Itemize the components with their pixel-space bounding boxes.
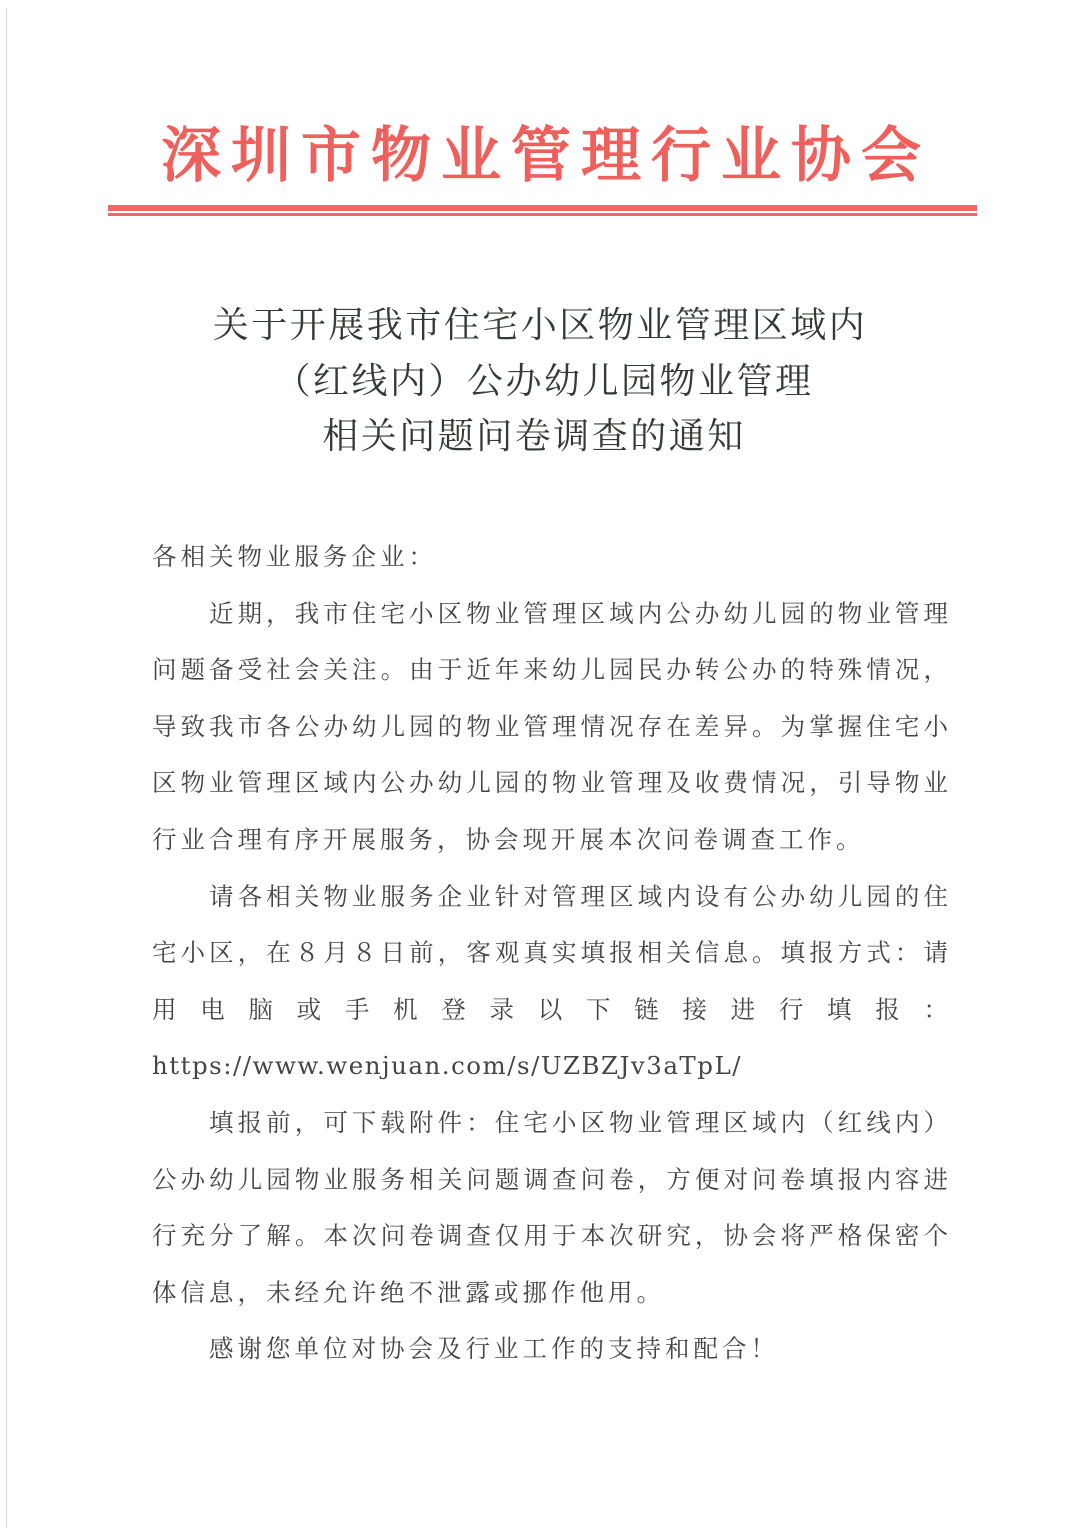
paragraph-attachment: 填报前，可下载附件：住宅小区物业管理区域内（红线内）公办幼儿园物业服务相关问题调… <box>152 1095 952 1321</box>
paragraph-instructions: 请各相关物业服务企业针对管理区域内设有公办幼儿园的住宅小区，在８月８日前，客观真… <box>152 869 952 1095</box>
letterhead: 深圳市物业管理行业协会 <box>0 118 1080 194</box>
document-title: 关于开展我市住宅小区物业管理区域内 （红线内）公办幼儿园物业管理 相关问题问卷调… <box>0 298 1080 465</box>
letterhead-rule-thick <box>108 205 977 211</box>
paragraph-background: 近期，我市住宅小区物业管理区域内公办幼儿园的物业管理问题备受社会关注。由于近年来… <box>152 586 952 869</box>
salutation: 各相关物业服务企业： <box>152 529 952 586</box>
letterhead-rule-thin <box>108 213 977 216</box>
instructions-text: 请各相关物业服务企业针对管理区域内设有公办幼儿园的住宅小区，在８月８日前，客观真… <box>152 882 952 1024</box>
title-line-3: 相关问题问卷调查的通知 <box>0 409 1080 465</box>
title-line-2: （红线内）公办幼儿园物业管理 <box>0 354 1080 410</box>
organization-name: 深圳市物业管理行业协会 <box>161 118 931 194</box>
document-body: 各相关物业服务企业： 近期，我市住宅小区物业管理区域内公办幼儿园的物业管理问题备… <box>152 529 952 1378</box>
scan-edge-artifact <box>6 8 7 1528</box>
title-line-1: 关于开展我市住宅小区物业管理区域内 <box>0 298 1080 354</box>
survey-link[interactable]: https://www.wenjuan.com/s/UZBZJv3aTpL/ <box>152 1051 742 1080</box>
paragraph-thanks: 感谢您单位对协会及行业工作的支持和配合！ <box>152 1321 952 1378</box>
